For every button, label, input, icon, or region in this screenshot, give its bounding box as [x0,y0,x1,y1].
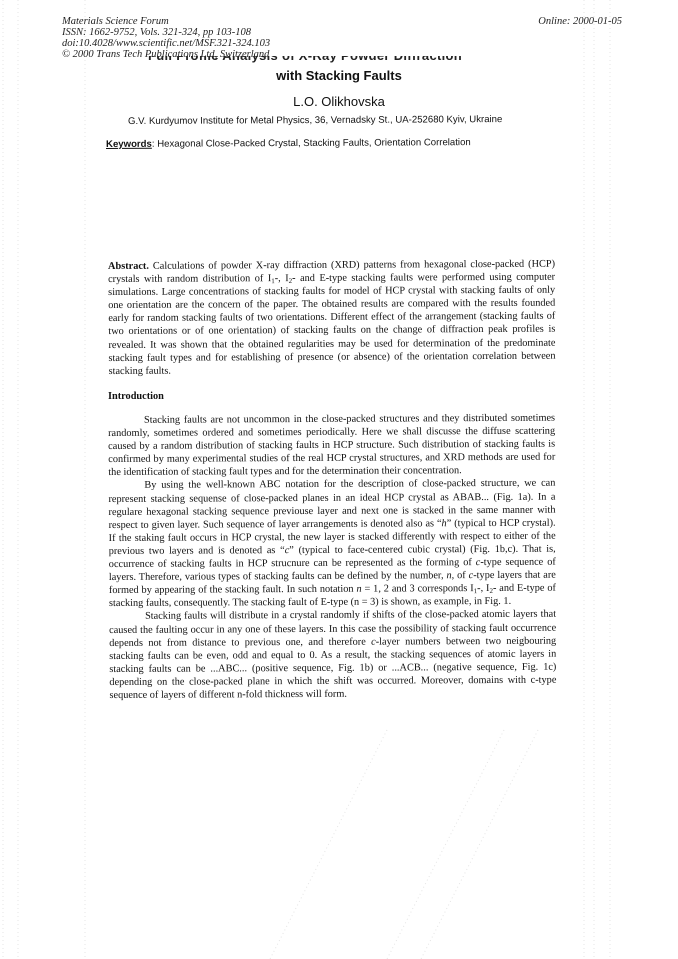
author-name: L.O. Olikhovska [0,94,678,109]
author-affiliation: G.V. Kurdyumov Institute for Metal Physi… [128,114,502,127]
abstract-label: Abstract. [108,261,149,272]
section-heading-introduction: Introduction [108,391,164,402]
abstract-paragraph: Abstract. Calculations of powder X-ray d… [108,258,556,378]
intro-paragraph-2: By using the well-known ABC notation for… [108,477,556,610]
keywords-list: : Hexagonal Close-Packed Crystal, Stacki… [152,137,471,150]
doi-link[interactable]: doi:10.4028/www.scientific.net/MSF.321-3… [62,38,622,49]
intro-paragraph-1: Stacking faults are not uncommon in the … [108,412,555,480]
introduction-body: Stacking faults are not uncommon in the … [108,412,557,702]
intro-paragraph-3: Stacking faults will distribute in a cry… [109,608,556,702]
keywords-label: Keywords [106,139,152,150]
publication-metadata: Materials Science Forum ISSN: 1662-9752,… [62,16,622,60]
online-date: Online: 2000-01-05 [538,16,622,27]
paper-title: with Stacking Faults [0,68,678,83]
title-line-1-obscured: Full Profile Analysis of X-Ray Powder Di… [148,56,528,63]
issn-line: ISSN: 1662-9752, Vols. 321-324, pp 103-1… [62,27,622,38]
keywords-line: Keywords: Hexagonal Close-Packed Crystal… [106,137,471,150]
